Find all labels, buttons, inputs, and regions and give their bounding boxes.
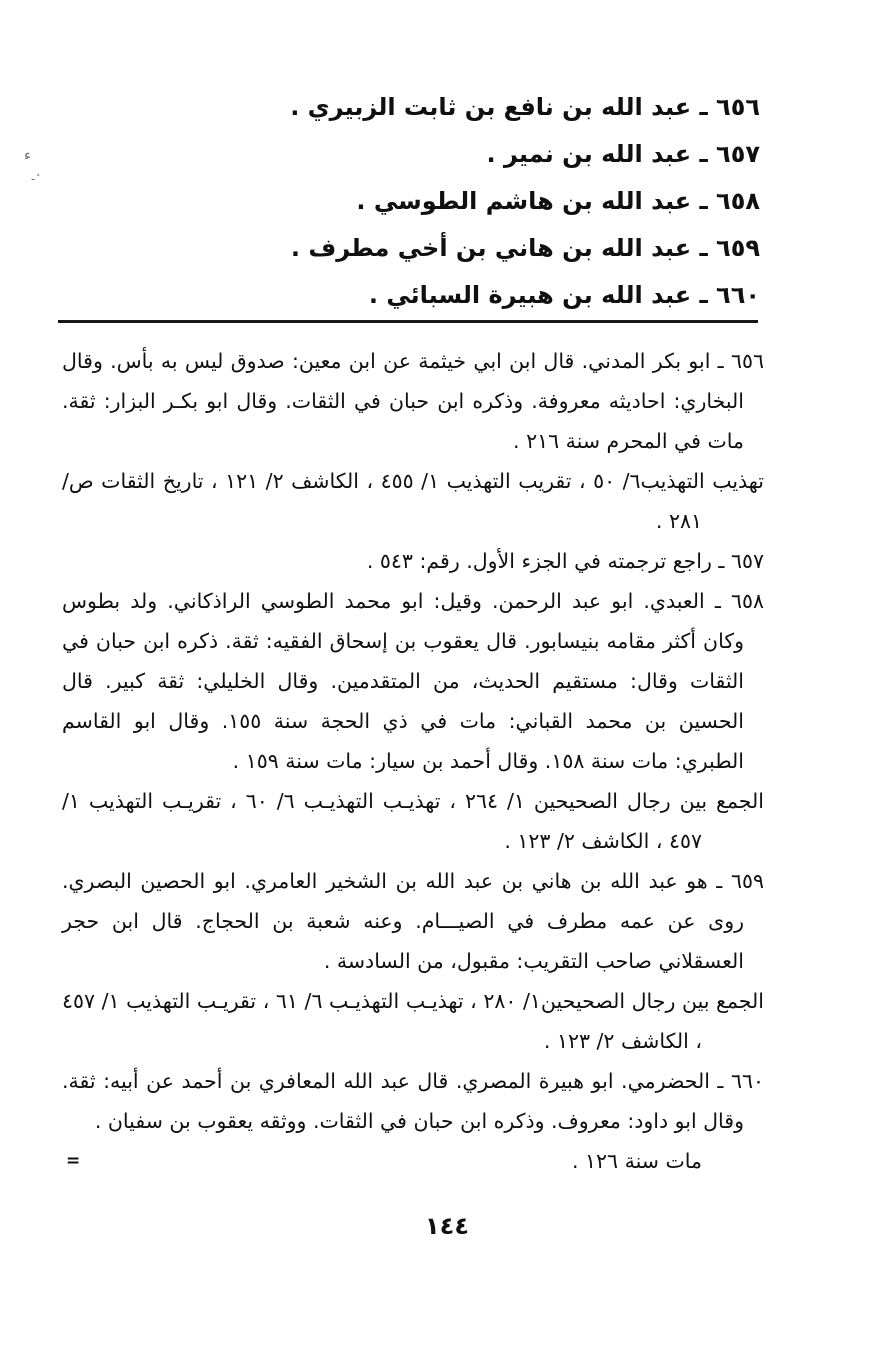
- heading-entry-660: ٦٦٠ ـ عبد الله بن هبيرة السبائي .: [58, 272, 760, 319]
- margin-artifact-hamza: ء: [24, 146, 31, 164]
- heading-entry-658: ٦٥٨ ـ عبد الله بن هاشم الطوسي .: [58, 178, 760, 225]
- footnote-659-text: ٦٥٩ ـ هو عبد الله بن هاني بن عبد الله بن…: [62, 861, 764, 981]
- footnote-658-text: ٦٥٨ ـ العبدي. ابو عبد الرحمن. وقيل: ابو …: [62, 581, 764, 781]
- heading-entry-659: ٦٥٩ ـ عبد الله بن هاني بن أخي مطرف .: [58, 225, 760, 272]
- footnote-656-references: تهذيب التهذيب٦/ ٥٠ ، تقريب التهذيب ١/ ٤٥…: [62, 461, 764, 541]
- continuation-mark: =: [66, 1141, 80, 1181]
- page-number: ١٤٤: [0, 1212, 894, 1240]
- book-page: ء ٔ- ٦٥٦ ـ عبد الله بن نافع بن ثابت الزب…: [0, 0, 894, 1345]
- footnote-660-lastline: =مات سنة ١٢٦ .: [62, 1141, 764, 1181]
- footnote-660-death-note: مات سنة ١٢٦ .: [572, 1149, 702, 1173]
- footnote-separator-rule: [58, 320, 758, 323]
- footnote-659-references: الجمع بين رجال الصحيحين١/ ٢٨٠ ، تهذيـب ا…: [62, 981, 764, 1061]
- entry-headings-block: ٦٥٦ ـ عبد الله بن نافع بن ثابت الزبيري .…: [58, 84, 760, 319]
- margin-artifact-tick: ٔ-: [31, 172, 35, 186]
- footnote-660-text: ٦٦٠ ـ الحضرمي. ابو هبيرة المصري. قال عبد…: [62, 1061, 764, 1141]
- footnotes-block: ٦٥٦ ـ ابو بكر المدني. قال ابن ابي خيثمة …: [62, 341, 764, 1181]
- heading-entry-656: ٦٥٦ ـ عبد الله بن نافع بن ثابت الزبيري .: [58, 84, 760, 131]
- footnote-658-references: الجمع بين رجال الصحيحين ١/ ٢٦٤ ، تهذيـب …: [62, 781, 764, 861]
- footnote-657-text: ٦٥٧ ـ راجع ترجمته في الجزء الأول. رقم: ٥…: [62, 541, 764, 581]
- heading-entry-657: ٦٥٧ ـ عبد الله بن نمير .: [58, 131, 760, 178]
- footnote-656-text: ٦٥٦ ـ ابو بكر المدني. قال ابن ابي خيثمة …: [62, 341, 764, 461]
